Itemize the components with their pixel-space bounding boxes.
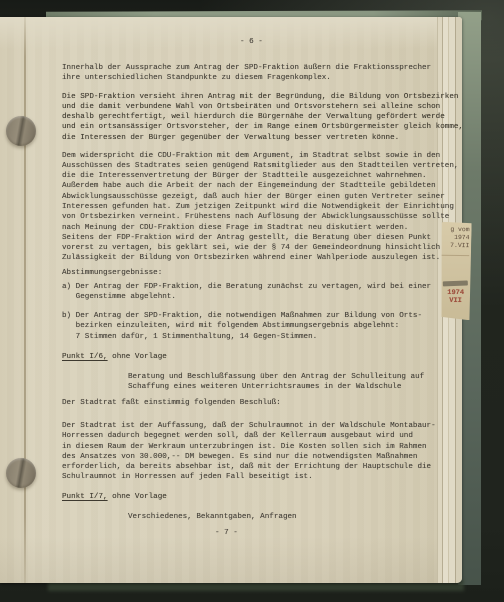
vote-result-b: b) Der Antrag der SPD-Fraktion, die notw…	[62, 311, 422, 342]
bookmark-tab-printed-text: g vom 1974 7.VII	[441, 226, 469, 256]
agenda-item-6-suffix: ohne Vorlage	[108, 353, 167, 361]
vote-result-a: a) Der Antrag der FDP-Fraktion, die Bera…	[62, 282, 431, 303]
agenda-item-6-heading: Punkt I/6, ohne Vorlage	[62, 352, 167, 362]
agenda-item-6-label: Punkt I/6,	[62, 353, 108, 361]
bookmark-tab-smudge	[443, 281, 468, 287]
agenda-item-7-label: Punkt I/7,	[62, 493, 108, 501]
typewritten-content: - 6 - Innerhalb der Aussprache zum Antra…	[0, 17, 462, 583]
page-number-top: - 6 -	[240, 37, 263, 47]
voting-results-heading: Abstimmungsergebnisse:	[62, 268, 162, 278]
page-number-bottom: - 7 -	[215, 528, 238, 538]
paper-page: - 6 - Innerhalb der Aussprache zum Antra…	[0, 17, 462, 583]
agenda-item-6-subject: Beratung und Beschlußfassung über den An…	[128, 372, 424, 393]
resolution-intro: Der Stadtrat faßt einstimmig folgenden B…	[62, 398, 281, 408]
bookmark-tab: g vom 1974 7.VII 1974 VII	[440, 222, 471, 320]
paragraph-intro: Innerhalb der Aussprache zum Antrag der …	[62, 63, 431, 84]
agenda-item-7-heading: Punkt I/7, ohne Vorlage	[62, 492, 167, 502]
agenda-item-7-suffix: ohne Vorlage	[108, 493, 167, 501]
scanned-document-page: - 6 - Innerhalb der Aussprache zum Antra…	[0, 0, 504, 602]
agenda-item-7-subject: Verschiedenes, Bekanntgaben, Anfragen	[128, 512, 297, 522]
resolution-text: Der Stadtrat ist der Auffassung, daß der…	[62, 421, 436, 483]
bookmark-tab-date-stamp: 1974 VII	[441, 289, 471, 306]
paragraph-spd-position: Die SPD-Fraktion versieht ihren Antrag m…	[62, 92, 463, 143]
paragraph-cdu-fdp-position: Dem widerspricht die CDU-Fraktion mit de…	[62, 151, 458, 264]
